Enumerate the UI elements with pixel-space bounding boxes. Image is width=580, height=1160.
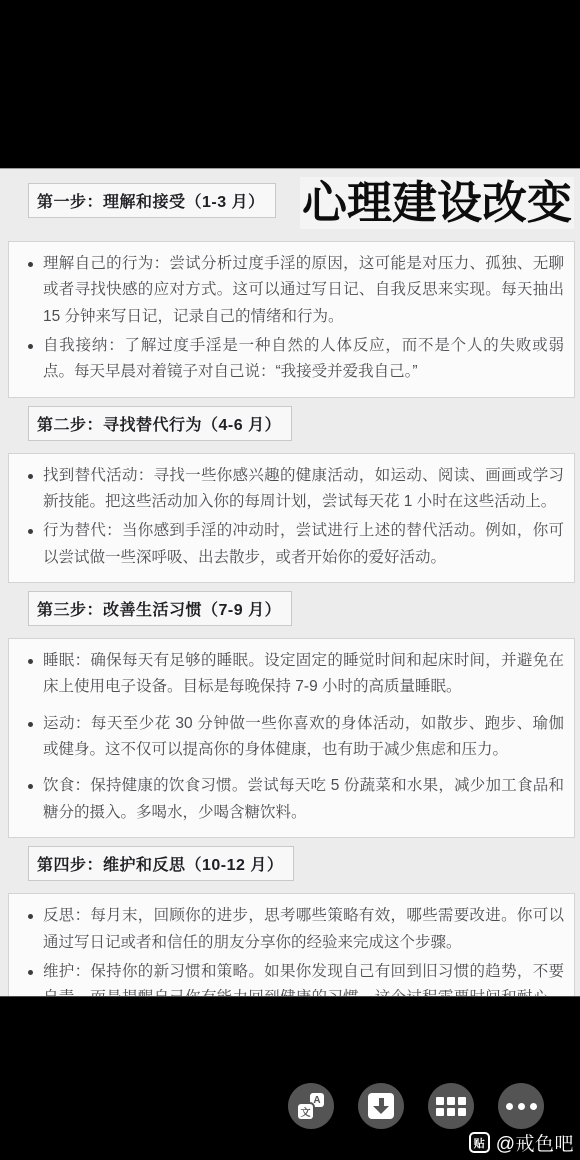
download-button[interactable]	[358, 1083, 404, 1129]
watermark: 贴 @戒色吧	[469, 1129, 574, 1156]
page-title: 心理建设改变	[300, 177, 574, 229]
grid-button[interactable]	[428, 1083, 474, 1129]
grid-icon	[436, 1097, 466, 1116]
watermark-text: @戒色吧	[496, 1129, 574, 1156]
download-icon	[368, 1093, 394, 1119]
section-heading-2: 第二步：寻找替代行为（4-6 月）	[28, 406, 292, 441]
download-icon-arrowhead	[373, 1106, 389, 1114]
bullet-item: 反思：每月末，回顾你的进步，思考哪些策略有效，哪些需要改进。你可以通过写日记或者…	[19, 903, 564, 956]
translate-button[interactable]: A 文	[288, 1083, 334, 1129]
ellipsis-icon	[506, 1103, 537, 1110]
bullet-item: 运动：每天至少花 30 分钟做一些你喜欢的身体活动，如散步、跑步、瑜伽或健身。这…	[19, 711, 564, 764]
section-heading-1: 第一步：理解和接受（1-3 月）	[28, 183, 276, 218]
translate-icon-wen-glyph: 文	[298, 1104, 313, 1119]
section-4-body: 反思：每月末，回顾你的进步，思考哪些策略有效，哪些需要改进。你可以通过写日记或者…	[8, 893, 575, 997]
phone-screen: 第一步：理解和接受（1-3 月） 心理建设改变 理解自己的行为：尝试分析过度手淫…	[0, 0, 580, 1160]
bullet-item: 维护：保持你的新习惯和策略。如果你发现自己有回到旧习惯的趋势，不要自责，而是提醒…	[19, 959, 564, 997]
bullet-item: 找到替代活动：寻找一些你感兴趣的健康活动，如运动、阅读、画画或学习新技能。把这些…	[19, 463, 564, 516]
section-1-body: 理解自己的行为：尝试分析过度手淫的原因，这可能是对压力、孤独、无聊或者寻找快感的…	[8, 241, 575, 398]
bottom-toolbar-area: A 文 贴 @	[0, 997, 580, 1160]
section-3-body: 睡眠：确保每天有足够的睡眠。设定固定的睡觉时间和起床时间，并避免在床上使用电子设…	[8, 638, 575, 838]
bullet-item: 饮食：保持健康的饮食习惯。尝试每天吃 5 份蔬菜和水果，减少加工食品和糖分的摄入…	[19, 773, 564, 826]
section-heading-3: 第三步：改善生活习惯（7-9 月）	[28, 591, 292, 626]
section-heading-4: 第四步：维护和反思（10-12 月）	[28, 846, 294, 881]
bullet-item: 自我接纳：了解过度手淫是一种自然的人体反应，而不是个人的失败或弱点。每天早晨对着…	[19, 333, 564, 386]
image-viewer-toolbar: A 文	[288, 1083, 544, 1129]
bullet-item: 理解自己的行为：尝试分析过度手淫的原因，这可能是对压力、孤独、无聊或者寻找快感的…	[19, 251, 564, 330]
translate-icon: A 文	[298, 1093, 324, 1119]
tieba-logo-icon: 贴	[469, 1132, 490, 1153]
bullet-item: 行为替代：当你感到手淫的冲动时，尝试进行上述的替代活动。例如，你可以尝试做一些深…	[19, 518, 564, 571]
bullet-item: 睡眠：确保每天有足够的睡眠。设定固定的睡觉时间和起床时间，并避免在床上使用电子设…	[19, 648, 564, 701]
section-2-body: 找到替代活动：寻找一些你感兴趣的健康活动，如运动、阅读、画画或学习新技能。把这些…	[8, 453, 575, 583]
more-button[interactable]	[498, 1083, 544, 1129]
document-page: 第一步：理解和接受（1-3 月） 心理建设改变 理解自己的行为：尝试分析过度手淫…	[0, 168, 580, 997]
download-icon-stem	[379, 1098, 384, 1106]
title-row: 第一步：理解和接受（1-3 月） 心理建设改变	[0, 181, 580, 237]
